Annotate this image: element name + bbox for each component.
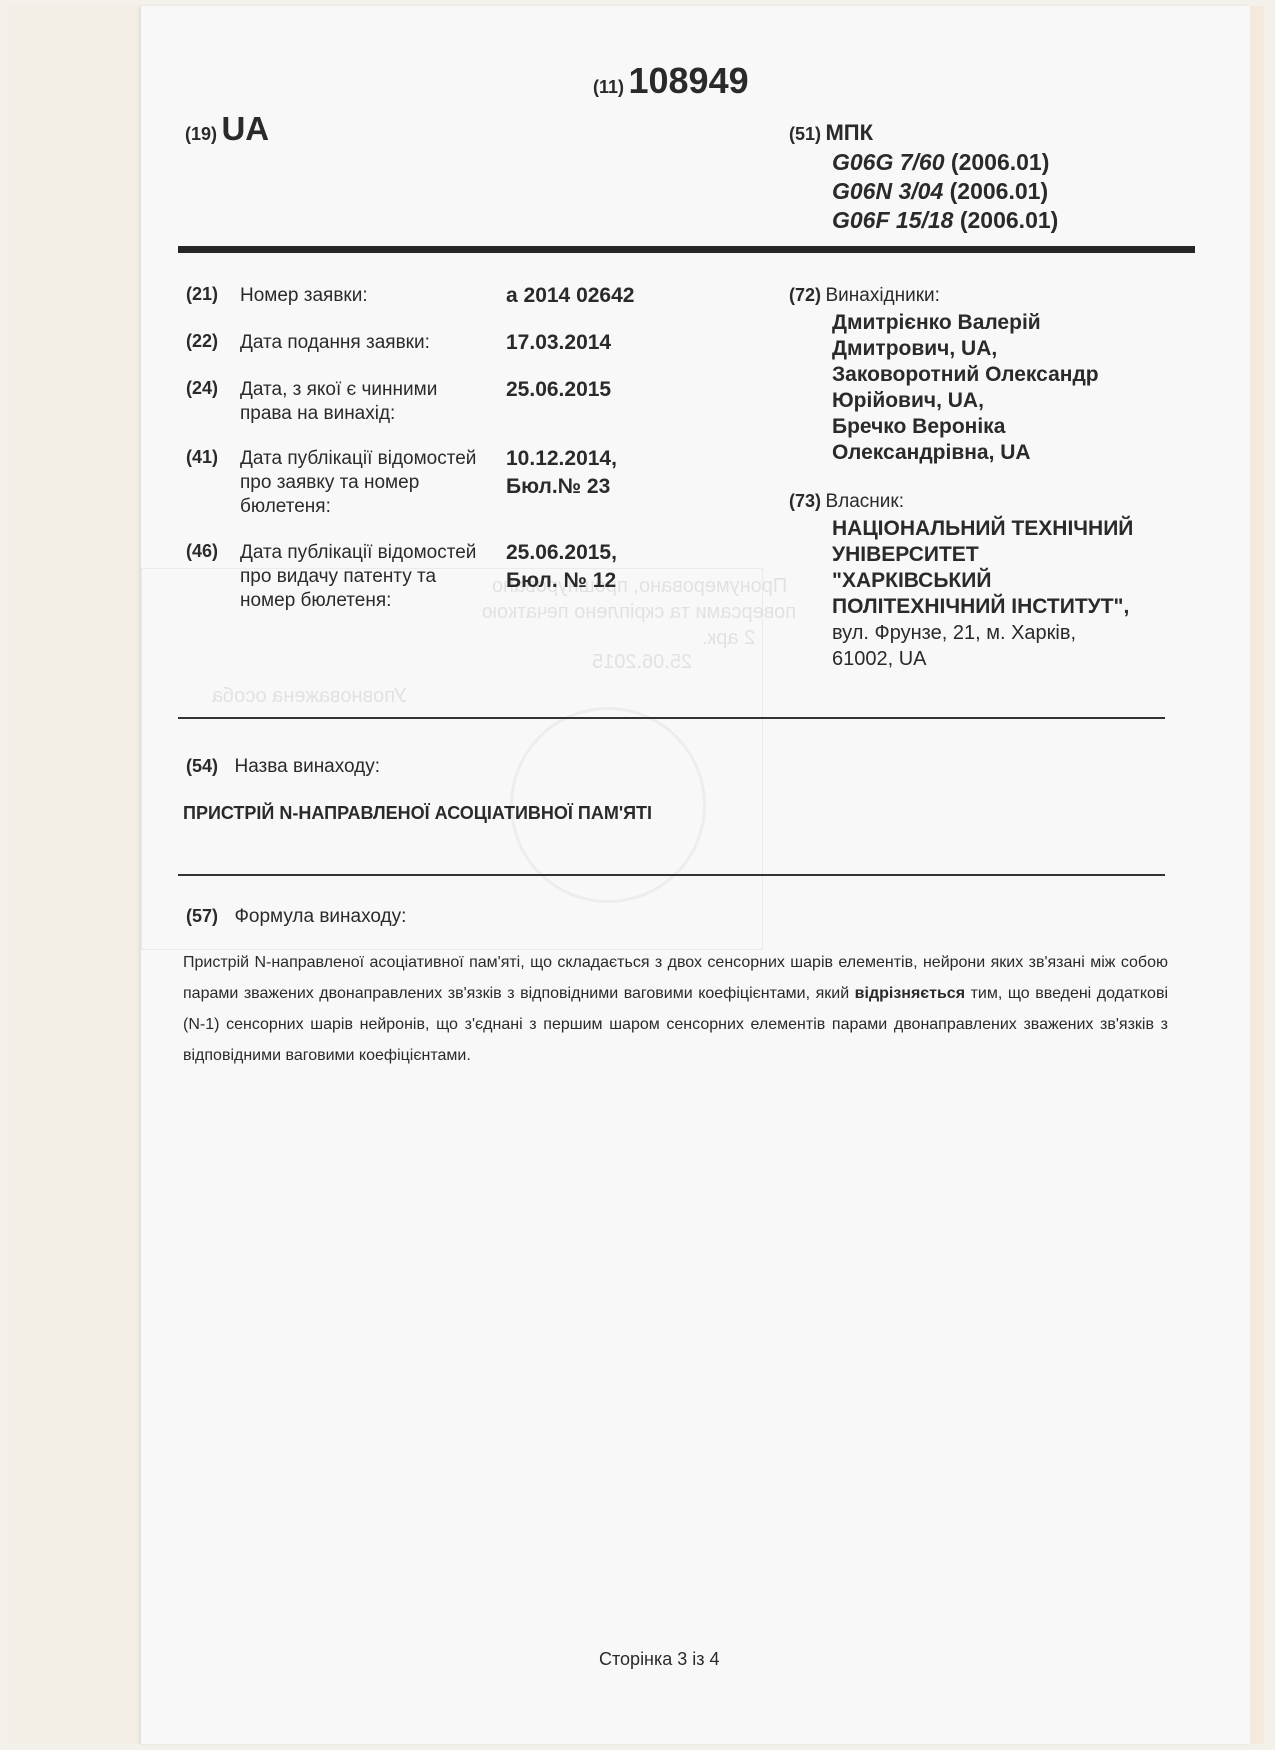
filing-date: 17.03.2014: [506, 329, 611, 357]
value-line: Бюл. № 12: [506, 567, 617, 595]
ipc-code: G06F 15/18: [832, 207, 953, 233]
owner-name-line: "ХАРКІВСЬКИЙ: [832, 568, 1133, 594]
ipc-code: G06N 3/04: [832, 178, 943, 204]
inid-57: (57): [186, 906, 218, 926]
inventor-line: Бречко Вероніка: [832, 414, 1099, 440]
title-section: (54) Назва винаходу:: [186, 755, 380, 779]
inventor-line: Дмитрович, UA,: [832, 336, 1099, 362]
biblio-label: Дата публікації відомостей про видачу па…: [240, 541, 510, 613]
patent-grant-publication: 25.06.2015, Бюл. № 12: [506, 539, 617, 595]
inid-54: (54): [186, 756, 218, 776]
application-publication: 10.12.2014, Бюл.№ 23: [506, 445, 617, 501]
inid-51: (51): [789, 124, 821, 144]
label-line: бюлетеня:: [240, 495, 510, 519]
owner-label: Власник:: [825, 491, 904, 512]
inid-24: (24): [186, 378, 218, 399]
application-number: a 2014 02642: [506, 282, 634, 310]
patent-number: 108949: [628, 60, 748, 101]
ipc-code: G06G 7/60: [832, 149, 945, 175]
section-divider: [178, 717, 1165, 719]
section-divider: [178, 874, 1165, 876]
owner-block: (73) Власник: НАЦІОНАЛЬНИЙ ТЕХНІЧНИЙ УНІ…: [789, 490, 1133, 672]
country-code: UA: [221, 110, 269, 147]
label-line: права на винахід:: [240, 402, 510, 426]
header-divider: [178, 246, 1195, 253]
inid-21: (21): [186, 284, 218, 305]
inid-46: (46): [186, 541, 218, 562]
inventors-label: Винахідники:: [825, 285, 939, 306]
inventor-line: Дмитрієнко Валерій: [832, 310, 1099, 336]
owner-address-line: 61002, UA: [832, 646, 1133, 672]
ipc-version: (2006.01): [950, 178, 1048, 204]
claim-characterizing-word: відрізняється: [855, 985, 965, 1002]
biblio-label: Дата подання заявки:: [240, 331, 500, 355]
inventor-line: Заковоротний Олександр: [832, 362, 1099, 388]
inid-73: (73): [789, 491, 821, 511]
owner-name-line: УНІВЕРСИТЕТ: [832, 542, 1133, 568]
owner-address-line: вул. Фрунзе, 21, м. Харків,: [832, 620, 1133, 646]
ipc-entry: G06G 7/60 (2006.01): [832, 148, 1058, 177]
value-line: 10.12.2014,: [506, 445, 617, 473]
patent-number-block: (11) 108949: [593, 60, 749, 102]
biblio-label: Номер заявки:: [240, 284, 500, 308]
page-indicator: Сторінка 3 із 4: [599, 1649, 720, 1670]
inid-11: (11): [593, 77, 624, 97]
label-line: про заявку та номер: [240, 471, 510, 495]
ipc-entry: G06N 3/04 (2006.01): [832, 177, 1058, 206]
owner-name-line: ПОЛІТЕХНІЧНИЙ ІНСТИТУТ",: [832, 594, 1133, 620]
inid-19: (19): [185, 124, 217, 144]
ipc-entry: G06F 15/18 (2006.01): [832, 206, 1058, 235]
inventor-line: Олександрівна, UA: [832, 440, 1099, 466]
label-line: номер бюлетеня:: [240, 589, 510, 613]
ipc-block: (51) МПК G06G 7/60 (2006.01) G06N 3/04 (…: [789, 120, 1058, 235]
label-line: Дата публікації відомостей: [240, 541, 510, 565]
inid-22: (22): [186, 331, 218, 352]
stamp-line: 2 арк.: [702, 627, 755, 650]
ipc-version: (2006.01): [960, 207, 1058, 233]
label-line: Дата публікації відомостей: [240, 447, 510, 471]
value-line: Бюл.№ 23: [506, 473, 617, 501]
inid-41: (41): [186, 447, 218, 468]
stamp-line: поверсами та скріплено печаткою: [482, 601, 796, 624]
country-block: (19) UA: [185, 110, 269, 148]
stamp-line: Уповноважена особа: [212, 685, 407, 708]
ipc-title: МПК: [825, 120, 873, 145]
title-label: Назва винаходу:: [234, 756, 380, 777]
biblio-label: Дата, з якої є чинними права на винахід:: [240, 378, 510, 426]
claim-text: Пристрій N-направленої асоціативної пам'…: [183, 947, 1168, 1071]
claims-label: Формула винаходу:: [234, 906, 406, 927]
label-line: Дата, з якої є чинними: [240, 378, 510, 402]
scan-left-margin: [8, 6, 141, 1744]
stamp-line: 25.06.2015: [592, 651, 692, 674]
inventors-block: (72) Винахідники: Дмитрієнко Валерій Дми…: [789, 284, 1099, 466]
value-line: 25.06.2015,: [506, 539, 617, 567]
claims-section: (57) Формула винаходу:: [186, 905, 406, 929]
rights-effective-date: 25.06.2015: [506, 376, 611, 404]
inventor-line: Юрійович, UA,: [832, 388, 1099, 414]
invention-title: ПРИСТРІЙ N-НАПРАВЛЕНОЇ АСОЦІАТИВНОЇ ПАМ'…: [183, 803, 652, 824]
owner-name-line: НАЦІОНАЛЬНИЙ ТЕХНІЧНИЙ: [832, 516, 1133, 542]
patent-page: Пронумеровано, прошнуровано поверсами та…: [141, 6, 1250, 1744]
label-line: про видачу патенту та: [240, 565, 510, 589]
inid-72: (72): [789, 285, 821, 305]
scan-right-margin: [1250, 6, 1264, 1744]
ipc-version: (2006.01): [951, 149, 1049, 175]
biblio-label: Дата публікації відомостей про заявку та…: [240, 447, 510, 519]
